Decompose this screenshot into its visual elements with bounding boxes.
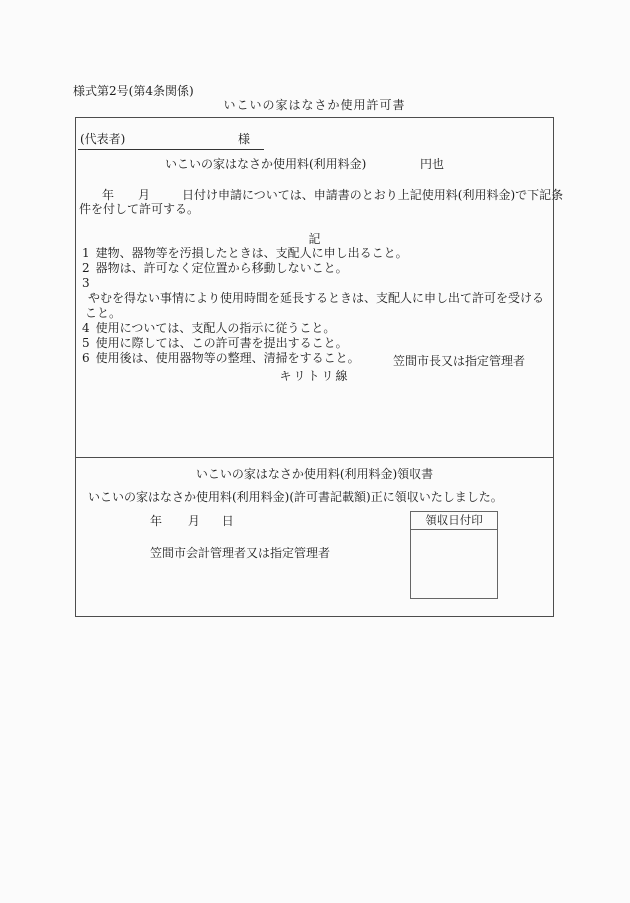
receipt-section: いこいの家はなさか使用料(利用料金)領収書 いこいの家はなさか使用料(利用料金)… bbox=[76, 457, 553, 616]
condition-text: 器物は、許可なく定位置から移動しないこと。 bbox=[96, 261, 348, 275]
receipt-issuer: 笠間市会計管理者又は指定管理者 bbox=[150, 544, 330, 561]
condition-number: 5 bbox=[82, 336, 90, 350]
condition-text: 使用後は、使用器物等の整理、清掃をすること。 bbox=[96, 351, 360, 365]
condition-number: 3 bbox=[82, 276, 90, 290]
permit-form-border: (代表者) 様 いこいの家はなさか使用料(利用料金) 円也 年 月 日付け申請に… bbox=[75, 117, 554, 617]
condition-text: 建物、器物等を汚損したときは、支配人に申し出ること。 bbox=[96, 246, 408, 260]
condition-item: 3やむを得ない事情により使用時間を延長するときは、支配人に申し出て許可を受けるこ… bbox=[82, 276, 541, 321]
condition-text: やむを得ない事情により使用時間を延長するときは、支配人に申し出て許可を受ける bbox=[88, 291, 544, 305]
receipt-stamp-box: 領収日付印 bbox=[410, 511, 498, 599]
document-title: いこいの家はなさか使用許可書 bbox=[75, 96, 554, 113]
addressee-honorific: 様 bbox=[238, 130, 250, 147]
condition-number: 4 bbox=[82, 321, 90, 335]
conditions-list: 1建物、器物等を汚損したときは、支配人に申し出ること。 2器物は、許可なく定位置… bbox=[82, 246, 541, 366]
addressee-label: (代表者) bbox=[80, 130, 125, 147]
receipt-date-month-label: 月 bbox=[188, 514, 200, 528]
condition-item: 2器物は、許可なく定位置から移動しないこと。 bbox=[82, 261, 541, 276]
condition-number: 2 bbox=[82, 261, 90, 275]
permit-body-text: 日付け申請については、申請書のとおり上記使用料(利用料金)で下記条 bbox=[182, 186, 563, 203]
receipt-stamp-label: 領収日付印 bbox=[411, 512, 497, 530]
document-page: 様式第2号(第4条関係) いこいの家はなさか使用許可書 (代表者) 様 いこいの… bbox=[0, 0, 630, 903]
receipt-date-line: 年 月 日 bbox=[150, 512, 234, 529]
notes-header: 記 bbox=[76, 230, 553, 247]
condition-text: 使用に際しては、この許可書を提出すること。 bbox=[96, 336, 348, 350]
fee-amount-suffix: 円也 bbox=[420, 155, 444, 172]
permit-body-line2: 件を付して許可する。 bbox=[79, 200, 199, 217]
addressee-line: (代表者) 様 bbox=[78, 130, 264, 150]
condition-item: 5使用に際しては、この許可書を提出すること。 bbox=[82, 336, 541, 351]
permit-body-line1: 年 月 日付け申請については、申請書のとおり上記使用料(利用料金)で下記条 bbox=[76, 186, 553, 200]
fee-label: いこいの家はなさか使用料(利用料金) bbox=[165, 155, 366, 172]
condition-number: 6 bbox=[82, 351, 90, 365]
condition-text: 使用については、支配人の指示に従うこと。 bbox=[96, 321, 336, 335]
receipt-date-year-label: 年 bbox=[150, 514, 162, 528]
cut-line-label: キリトリ線 bbox=[76, 367, 553, 384]
receipt-statement: いこいの家はなさか使用料(利用料金)(許可書記載額)正に領収いたしました。 bbox=[88, 488, 503, 505]
receipt-title: いこいの家はなさか使用料(利用料金)領収書 bbox=[76, 465, 553, 482]
condition-number: 1 bbox=[82, 246, 90, 260]
fee-line: いこいの家はなさか使用料(利用料金) 円也 bbox=[76, 155, 553, 169]
receipt-date-day-label: 日 bbox=[222, 514, 234, 528]
condition-item: 1建物、器物等を汚損したときは、支配人に申し出ること。 bbox=[82, 246, 541, 261]
condition-item: 4使用については、支配人の指示に従うこと。 bbox=[82, 321, 541, 336]
condition-text-continuation: こと。 bbox=[85, 306, 541, 321]
